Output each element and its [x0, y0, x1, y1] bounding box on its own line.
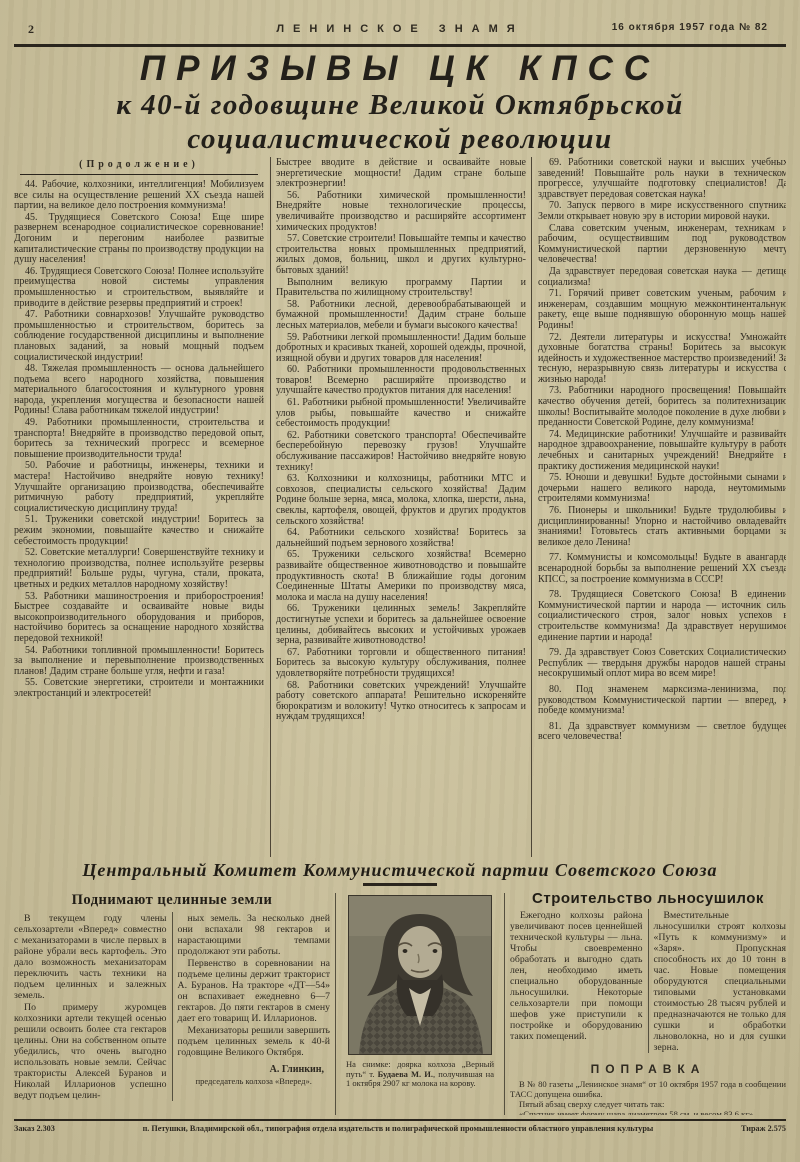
- column-divider: [270, 157, 271, 857]
- appeal-57b: Выполним великую программу Партии и Прав…: [276, 278, 526, 299]
- appeal-64: 64. Работники сельского хозяйства! Борит…: [276, 528, 526, 549]
- bottom-section: Поднимают целинные земли В текущем году …: [14, 893, 786, 1115]
- appeal-79: 79. Да здравствует Союз Советских Социал…: [538, 648, 786, 680]
- headline-line1: ПРИЗЫВЫ ЦК КПСС: [0, 50, 800, 88]
- appeal-60: 60. Работники промышленности продовольст…: [276, 365, 526, 397]
- appeals-column-3: 69. Работники советской науки и высших у…: [538, 157, 786, 857]
- appeal-53: 53. Работники машиностроения и приборост…: [14, 592, 264, 645]
- issue-date: 16 октября 1957 года № 82: [612, 22, 768, 33]
- appeal-68: 68. Работники советских учреждений! Улуч…: [276, 681, 526, 723]
- paragraph: По примеру журомцев колхозники артели те…: [14, 1002, 167, 1101]
- section-divider: [335, 893, 336, 1115]
- paragraph: ных земель. За несколько дней они вспаха…: [178, 913, 331, 957]
- flax-dryers-subcol-2: Вместительные льносушилки строят колхозы…: [654, 909, 787, 1053]
- correction-line: Пятый абзац сверху следует читать так:: [510, 1099, 786, 1109]
- appeal-80: 80. Под знаменем марксизма-ленинизма, по…: [538, 685, 786, 717]
- paragraph: Первенство в соревновании на подъеме цел…: [178, 958, 331, 1024]
- appeals-section: (Продолжение) 44. Рабочие, колхозники, и…: [14, 157, 786, 857]
- article-flax-dryers: Строительство льносушилок Ежегодно колхо…: [510, 893, 786, 1053]
- caption-name: Будаева М. И.: [378, 1069, 433, 1079]
- appeal-74: 74. Медицинские работники! Улучшайте и р…: [538, 430, 786, 472]
- imprint-rule: [14, 1119, 786, 1121]
- appeal-70b: Слава советским ученым, инженерам, техни…: [538, 224, 786, 266]
- appeal-72: 72. Деятели литературы и искусства! Умно…: [538, 333, 786, 386]
- appeal-45: 45. Трудящиеся Советского Союза! Еще шир…: [14, 213, 264, 266]
- masthead: 2 ЛЕНИНСКОЕ ЗНАМЯ 16 октября 1957 года №…: [14, 20, 786, 42]
- paragraph: Механизаторы решили завершить подъем цел…: [178, 1025, 331, 1058]
- dairymaid-photo: [348, 895, 492, 1055]
- paragraph: Ежегодно колхозы района увеличивают посе…: [510, 910, 643, 1042]
- paragraph: В текущем году члены сельхозартели «Впер…: [14, 913, 167, 1001]
- appeal-58: 58. Работники лесной, деревообрабатывающ…: [276, 300, 526, 332]
- appeal-81: 81. Да здравствует коммунизм — светлое б…: [538, 722, 786, 743]
- appeal-51: 51. Труженики советской индустрии! Борит…: [14, 515, 264, 547]
- newspaper-page: 2 ЛЕНИНСКОЕ ЗНАМЯ 16 октября 1957 года №…: [0, 0, 800, 1162]
- photo-column: На снимке: доярка колхоза „Верный путь“ …: [346, 893, 494, 1115]
- appeal-76: 76. Пионеры и школьники! Будьте трудолюб…: [538, 506, 786, 548]
- appeal-77: 77. Коммунисты и комсомольцы! Будьте в а…: [538, 553, 786, 585]
- virgin-lands-subcol-1: В текущем году члены сельхозартели «Впер…: [14, 912, 167, 1101]
- appeal-44: 44. Рабочие, колхозники, интеллигенция! …: [14, 180, 264, 212]
- article-virgin-lands: Поднимают целинные земли В текущем году …: [14, 893, 330, 1115]
- appeal-49: 49. Работники промышленности, строительс…: [14, 418, 264, 460]
- appeal-46: 46. Трудящиеся Советского Союза! Полнее …: [14, 267, 264, 309]
- article-flax-dryers-headline: Строительство льносушилок: [510, 893, 786, 904]
- virgin-lands-subcol-2: ных земель. За несколько дней они вспаха…: [178, 912, 331, 1101]
- appeal-73: 73. Работники народного просвещения! Пов…: [538, 386, 786, 428]
- appeal-63: 63. Колхозники и колхозницы, работники М…: [276, 474, 526, 527]
- photo-caption: На снимке: доярка колхоза „Верный путь“ …: [346, 1060, 494, 1089]
- column-divider: [531, 157, 532, 857]
- flax-dryers-subcol-1: Ежегодно колхозы района увеличивают посе…: [510, 909, 643, 1053]
- appeal-47: 47. Работники совнархозов! Улучшайте рук…: [14, 310, 264, 363]
- print-house-address: п. Петушки, Владимирской обл., типографи…: [55, 1124, 741, 1133]
- circulation: Тираж 2.575: [741, 1124, 786, 1133]
- paragraph: Вместительные льносушилки строят колхозы…: [654, 910, 787, 1053]
- appeal-56: 56. Работники химической промышленности!…: [276, 191, 526, 233]
- right-column-stack: Строительство льносушилок Ежегодно колхо…: [510, 893, 786, 1115]
- appeal-55: 55. Советские энергетики, строители и мо…: [14, 678, 264, 699]
- appeal-67: 67. Работники торговли и общественного п…: [276, 648, 526, 680]
- cc-signature-text: Центральный Комитет Коммунистической пар…: [82, 860, 717, 880]
- main-headline: ПРИЗЫВЫ ЦК КПСС к 40-й годовщине Великой…: [0, 50, 800, 156]
- appeal-71: 71. Горячий привет советским ученым, раб…: [538, 289, 786, 331]
- correction-line: «Спутник имеет форму шара диаметром 58 с…: [510, 1109, 786, 1115]
- headline-line3: социалистической революции: [0, 122, 800, 156]
- appeal-57: 57. Советские строители! Повышайте темпы…: [276, 234, 526, 276]
- subcolumn-divider: [648, 909, 649, 1053]
- appeal-75: 75. Юноши и девушки! Будьте достойными с…: [538, 473, 786, 505]
- appeal-52: 52. Советские металлурги! Совершенствуйт…: [14, 548, 264, 590]
- correction-line: В № 80 газеты „Ленинское знамя“ от 10 ок…: [510, 1079, 786, 1099]
- appeal-59: 59. Работники легкой промышленности! Дад…: [276, 333, 526, 365]
- appeal-78: 78. Трудящиеся Советского Союза! В едине…: [538, 590, 786, 643]
- banner-underline: [363, 883, 437, 886]
- print-order: Заказ 2.303: [14, 1124, 55, 1133]
- masthead-rule: [14, 44, 786, 47]
- correction-notice: ПОПРАВКА В № 80 газеты „Ленинское знамя“…: [510, 1062, 786, 1115]
- appeal-65: 65. Труженики сельского хозяйства! Всеме…: [276, 550, 526, 603]
- appeal-61: 61. Работники рыбной промышленности! Уве…: [276, 398, 526, 430]
- appeal-55-continued: Быстрее вводите в действие и осваивайте …: [276, 158, 526, 190]
- cc-signature-banner: Центральный Комитет Коммунистической пар…: [0, 860, 800, 886]
- appeal-69: 69. Работники советской науки и высших у…: [538, 158, 786, 200]
- appeal-70: 70. Запуск первого в мире искусственного…: [538, 201, 786, 222]
- appeals-column-2: Быстрее вводите в действие и осваивайте …: [276, 157, 526, 857]
- appeal-66: 66. Труженики целинных земель! Закрепляй…: [276, 604, 526, 646]
- imprint: Заказ 2.303 п. Петушки, Владимирской обл…: [14, 1124, 786, 1133]
- author-role: председатель колхоза «Вперед».: [178, 1076, 331, 1087]
- appeal-54: 54. Работники топливной промышленности! …: [14, 646, 264, 678]
- appeals-column-1: (Продолжение) 44. Рабочие, колхозники, и…: [14, 157, 264, 857]
- subcolumn-divider: [172, 912, 173, 1101]
- continuation-note: (Продолжение): [20, 159, 258, 175]
- author-signature: А. Глинкин,: [178, 1064, 331, 1075]
- headline-line2: к 40-й годовщине Великой Октябрьской: [0, 88, 800, 122]
- appeal-70c: Да здравствует передовая советская наука…: [538, 267, 786, 288]
- correction-title: ПОПРАВКА: [510, 1062, 786, 1076]
- appeal-48: 48. Тяжелая промышленность — основа даль…: [14, 364, 264, 417]
- appeal-62: 62. Работники советского транспорта! Обе…: [276, 431, 526, 473]
- article-virgin-lands-headline: Поднимают целинные земли: [14, 895, 330, 906]
- appeal-50: 50. Рабочие и работницы, инженеры, техни…: [14, 461, 264, 514]
- section-divider: [504, 893, 505, 1115]
